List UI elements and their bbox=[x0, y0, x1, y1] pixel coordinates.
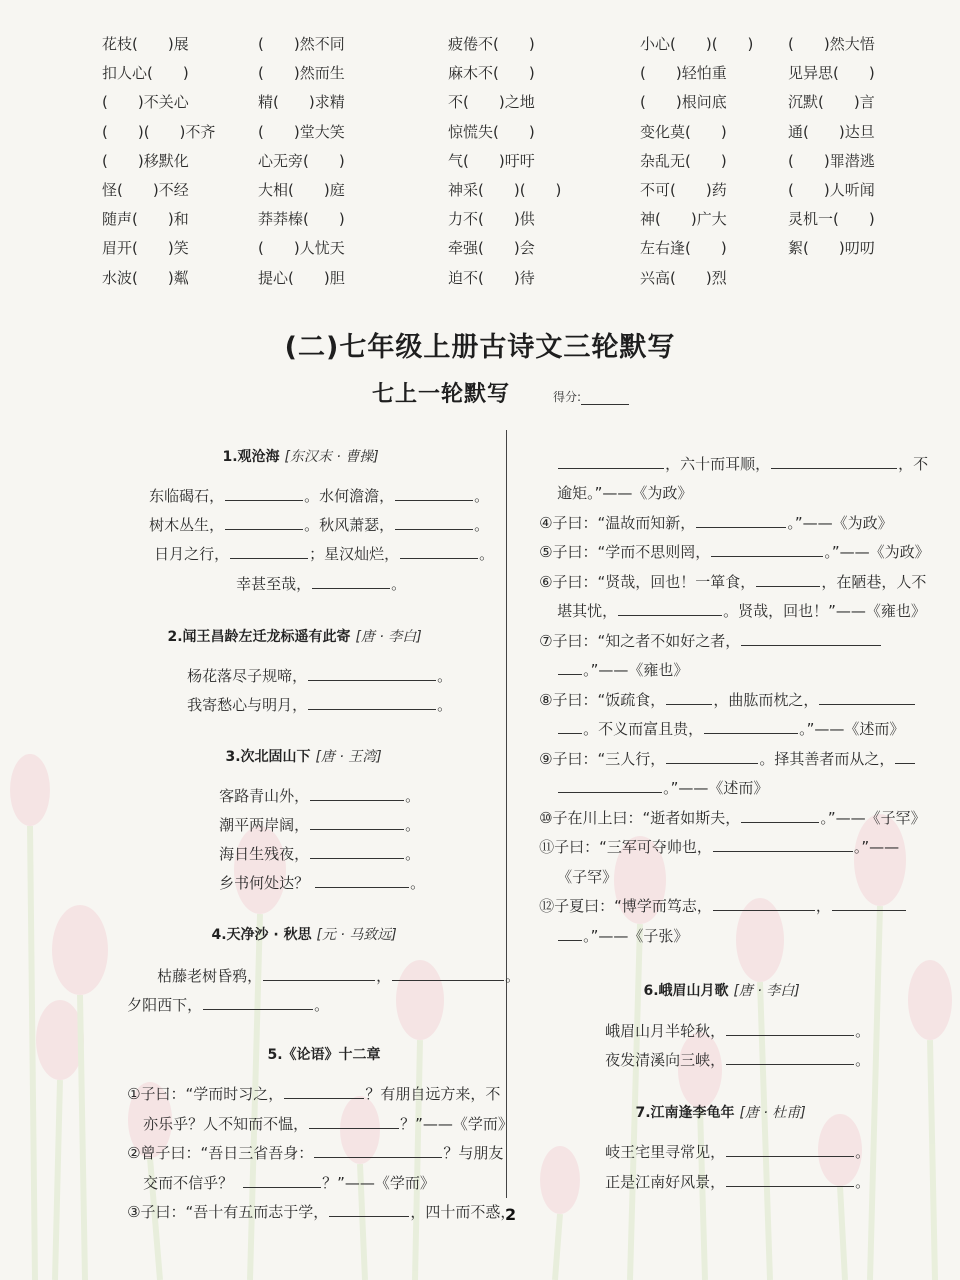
analects-line: 。”——《子张》 bbox=[538, 900, 688, 924]
idiom-item: ( )堂大笑 bbox=[258, 118, 345, 147]
answer-blank[interactable] bbox=[329, 1200, 409, 1217]
answer-blank[interactable] bbox=[832, 894, 906, 911]
idiom-item: 惊慌失( ) bbox=[448, 118, 561, 147]
answer-blank[interactable] bbox=[713, 894, 815, 911]
analects-line: ③子曰：“吾十有五而志于学，，四十而不惑， bbox=[108, 1176, 515, 1200]
idiom-item: 沉默( )言 bbox=[788, 88, 875, 117]
answer-blank[interactable] bbox=[308, 693, 436, 710]
idiom-column-5: ( )然大悟 见异思( ) 沉默( )言 通( )达旦 ( )罪潜逃 ( )人听… bbox=[788, 30, 875, 264]
analects-line: ②曾子曰：“吾日三省吾身：？与朋友 bbox=[108, 1117, 503, 1141]
idiom-item: 兴高( )烈 bbox=[640, 264, 753, 293]
idiom-item: 心无旁( ) bbox=[258, 147, 345, 176]
analects-line: 交而不信乎？？”——《学而》 bbox=[124, 1147, 435, 1171]
analects-line: 。不义而富且贵，。”——《述而》 bbox=[538, 693, 904, 717]
answer-blank[interactable] bbox=[713, 835, 853, 852]
worksheet-page: 花枝( )展 扣人心( ) ( )不关心 ( )( )不齐 ( )移默化 怪( … bbox=[0, 0, 960, 1280]
answer-blank[interactable] bbox=[392, 964, 504, 981]
idiom-item: 麻木不( ) bbox=[448, 59, 561, 88]
idiom-item: 随声( )和 bbox=[102, 205, 215, 234]
idiom-item: 扣人心( ) bbox=[102, 59, 215, 88]
idiom-item: 眉开( )笑 bbox=[102, 234, 215, 263]
idiom-item: ( )人忧天 bbox=[258, 234, 345, 263]
idiom-item: 精( )求精 bbox=[258, 88, 345, 117]
quiz-subtitle: 七上一轮默写 bbox=[372, 377, 510, 408]
column-divider bbox=[506, 430, 507, 1198]
answer-blank[interactable] bbox=[312, 572, 390, 589]
idiom-item: 大相( )庭 bbox=[258, 176, 345, 205]
poem-line: 我寄愁心与明月，。 bbox=[168, 669, 452, 693]
poem-line: 海日生残夜，。 bbox=[200, 818, 420, 842]
idiom-item: 花枝( )展 bbox=[102, 30, 215, 59]
idiom-item: ( )不关心 bbox=[102, 88, 215, 117]
poem-line: 杨花落尽子规啼，。 bbox=[168, 640, 452, 664]
idiom-item: 杂乱无( ) bbox=[640, 147, 753, 176]
analects-line: ⑨子曰：“三人行，。择其善者而从之， bbox=[520, 723, 916, 747]
poem-line: 夕阳西下，。 bbox=[108, 969, 329, 993]
idiom-item: ( )然不同 bbox=[258, 30, 345, 59]
page-number: 2 bbox=[505, 1205, 516, 1224]
analects-line: ⑫子夏曰：“博学而笃志，， bbox=[520, 870, 907, 894]
idiom-item: ( )然而生 bbox=[258, 59, 345, 88]
idiom-item: ( )移默化 bbox=[102, 147, 215, 176]
analects-line: 逾矩。”——《为政》 bbox=[538, 457, 692, 481]
poem-line: 正是江南好风景，。 bbox=[586, 1146, 870, 1170]
idiom-column-3: 疲倦不( ) 麻木不( ) 不( )之地 惊慌失( ) 气( )吁吁 神采( )… bbox=[448, 30, 561, 293]
idiom-item: ( )罪潜逃 bbox=[788, 147, 875, 176]
idiom-column-4: 小心( )( ) ( )轻怕重 ( )根问底 变化莫( ) 杂乱无( ) 不可(… bbox=[640, 30, 753, 293]
score-blank[interactable] bbox=[581, 392, 629, 405]
idiom-item: 迫不( )待 bbox=[448, 264, 561, 293]
answer-blank[interactable] bbox=[315, 871, 409, 888]
idiom-item: 不可( )药 bbox=[640, 176, 753, 205]
analects-line: ⑦子曰：“知之者不如好之者， bbox=[520, 605, 882, 629]
answer-blank[interactable] bbox=[726, 1170, 854, 1187]
score-field: 得分: bbox=[553, 388, 629, 405]
analects-line: 堪其忧，。贤哉，回也！”——《雍也》 bbox=[538, 575, 926, 599]
poem-line: 客路青山外，。 bbox=[200, 760, 420, 784]
idiom-item: 灵机一( ) bbox=[788, 205, 875, 234]
analects-line: 。”——《述而》 bbox=[538, 752, 768, 776]
idiom-item: 神采( )( ) bbox=[448, 176, 561, 205]
idiom-item: 絮( )叨叨 bbox=[788, 234, 875, 263]
poem-line: 东临碣石，。水何澹澹，。 bbox=[130, 460, 489, 484]
idiom-item: 神( )广大 bbox=[640, 205, 753, 234]
score-label: 得分: bbox=[553, 390, 581, 404]
idiom-item: 气( )吁吁 bbox=[448, 147, 561, 176]
analects-line: 亦乐乎？人不知而不愠，？”——《学而》 bbox=[124, 1088, 513, 1112]
poem-line: 潮平两岸阔，。 bbox=[200, 789, 420, 813]
poem-line: 峨眉山月半轮秋，。 bbox=[586, 995, 870, 1019]
analects-line: ，六十而耳顺，，不 bbox=[538, 428, 928, 452]
analects-line: 。”——《雍也》 bbox=[538, 634, 688, 658]
idiom-item: 见异思( ) bbox=[788, 59, 875, 88]
poem-line: 树木丛生，。秋风萧瑟，。 bbox=[130, 489, 489, 513]
answer-blank[interactable] bbox=[741, 629, 881, 646]
idiom-item: 小心( )( ) bbox=[640, 30, 753, 59]
poem-line: 枯藤老树昏鸦，，。 bbox=[138, 940, 520, 964]
poem-line: 岐王宅里寻常见，。 bbox=[586, 1116, 870, 1140]
idiom-item: ( )( )不齐 bbox=[102, 118, 215, 147]
idiom-item: ( )人听闻 bbox=[788, 176, 875, 205]
idiom-item: ( )轻怕重 bbox=[640, 59, 753, 88]
poem-line: 幸甚至哉，。 bbox=[217, 548, 406, 572]
idiom-item: 疲倦不( ) bbox=[448, 30, 561, 59]
analects-line: ⑪子曰：“三军可夺帅也，。”—— bbox=[520, 811, 899, 835]
idiom-item: 水波( )粼 bbox=[102, 264, 215, 293]
idiom-item: 牵强( )会 bbox=[448, 234, 561, 263]
answer-blank[interactable] bbox=[400, 542, 478, 559]
analects-line: ①子曰：“学而时习之，？有朋自远方来，不 bbox=[108, 1058, 500, 1082]
answer-blank[interactable] bbox=[203, 993, 313, 1010]
analects-line: ⑤子曰：“学而不思则罔，。”——《为政》 bbox=[520, 516, 930, 540]
poem-line: 日月之行，；星汉灿烂，。 bbox=[135, 518, 494, 542]
analects-line: ⑩子在川上曰：“逝者如斯夫，。”——《子罕》 bbox=[520, 782, 926, 806]
idiom-column-1: 花枝( )展 扣人心( ) ( )不关心 ( )( )不齐 ( )移默化 怪( … bbox=[102, 30, 215, 293]
answer-blank[interactable] bbox=[771, 452, 897, 469]
idiom-item: 提心( )胆 bbox=[258, 264, 345, 293]
analects-line: 《子罕》 bbox=[538, 841, 617, 865]
idiom-item: ( )根问底 bbox=[640, 88, 753, 117]
answer-blank[interactable] bbox=[726, 1048, 854, 1065]
analects-line: ⑥子曰：“贤哉，回也！一箪食，，在陋巷，人不 bbox=[520, 546, 926, 570]
idiom-item: 通( )达旦 bbox=[788, 118, 875, 147]
idiom-item: ( )然大悟 bbox=[788, 30, 875, 59]
idiom-item: 不( )之地 bbox=[448, 88, 561, 117]
answer-blank[interactable] bbox=[558, 924, 582, 941]
analects-line: ⑧子曰：“饭疏食，，曲肱而枕之， bbox=[520, 664, 916, 688]
answer-blank[interactable] bbox=[895, 747, 915, 764]
idiom-item: 力不( )供 bbox=[448, 205, 561, 234]
idiom-item: 变化莫( ) bbox=[640, 118, 753, 147]
poem-line: 乡书何处达？。 bbox=[200, 847, 425, 871]
idiom-column-2: ( )然不同 ( )然而生 精( )求精 ( )堂大笑 心无旁( ) 大相( )… bbox=[258, 30, 345, 293]
idiom-item: 怪( )不经 bbox=[102, 176, 215, 205]
idiom-item: 左右逢( ) bbox=[640, 234, 753, 263]
idiom-item: 莽莽榛( ) bbox=[258, 205, 345, 234]
analects-line: ④子曰：“温故而知新，。”——《为政》 bbox=[520, 487, 893, 511]
poem-line: 夜发清溪向三峡，。 bbox=[586, 1024, 870, 1048]
section-title: (二)七年级上册古诗文三轮默写 bbox=[0, 325, 960, 364]
